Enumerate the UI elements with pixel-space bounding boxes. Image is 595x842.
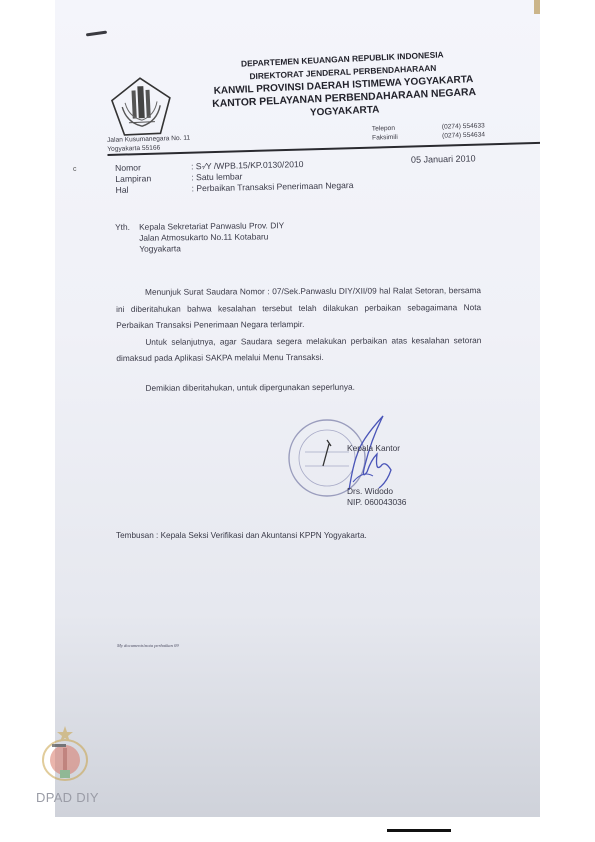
paper-corner-artifact	[534, 0, 540, 14]
signatory-nip: NIP. 060043036	[347, 497, 406, 508]
recipient-prefix: Yth.	[115, 222, 130, 233]
yogyakarta-emblem-icon	[30, 724, 100, 784]
telepon-value: (0274) 554633	[442, 122, 485, 130]
bottom-bar-mark	[387, 829, 451, 832]
signatory-title: Kepala Kantor	[347, 443, 400, 453]
faksimili-label: Faksimili	[372, 132, 442, 142]
pen-mark	[86, 31, 107, 37]
recipient-line-2: Jalan Atmosukarto No.11 Kotabaru	[139, 231, 284, 244]
stray-mark: c	[73, 166, 77, 173]
faksimili-value: (0274) 554634	[442, 131, 485, 139]
carbon-copy: Tembusan : Kepala Seksi Verifikasi dan A…	[116, 531, 367, 540]
letter-body: Menunjuk Surat Saudara Nomor : 07/Sek.Pa…	[116, 282, 482, 396]
watermark-text: DPAD DIY	[36, 790, 99, 805]
letter-date: 05 Januari 2010	[411, 153, 476, 164]
signature-block: Kepala Kantor Drs. Widodo NIP. 060043036	[287, 410, 457, 510]
phone-fax: Telepon(0274) 554633 Faksimili(0274) 554…	[372, 122, 485, 142]
ministry-logo-icon	[109, 75, 174, 138]
letterhead-text: DEPARTEMEN KEUANGAN REPUBLIK INDONESIA D…	[192, 46, 495, 125]
nomor-value: : S-⁄Υ /WPB.15/KP.0130/2010	[191, 159, 304, 172]
hal-value: : Perbaikan Transaksi Penerimaan Negara	[191, 180, 353, 194]
signatory-name: Drs. Widodo	[347, 486, 406, 497]
file-path-note: My documents\nota perbaikan 09	[117, 643, 179, 648]
body-paragraph-2: Untuk selanjutnya, agar Saudara segera m…	[116, 332, 481, 367]
body-paragraph-1: Menunjuk Surat Saudara Nomor : 07/Sek.Pa…	[116, 282, 481, 333]
closing-paragraph: Demikian diberitahukan, untuk dipergunak…	[117, 378, 482, 396]
signatory: Drs. Widodo NIP. 060043036	[347, 486, 406, 508]
recipient-line-3: Yogyakarta	[139, 242, 284, 255]
scanned-letter-page: DEPARTEMEN KEUANGAN REPUBLIK INDONESIA D…	[55, 0, 540, 817]
letter-metadata: Nomor : S-⁄Υ /WPB.15/KP.0130/2010 Lampir…	[115, 154, 540, 203]
hal-label: Hal	[115, 184, 185, 196]
